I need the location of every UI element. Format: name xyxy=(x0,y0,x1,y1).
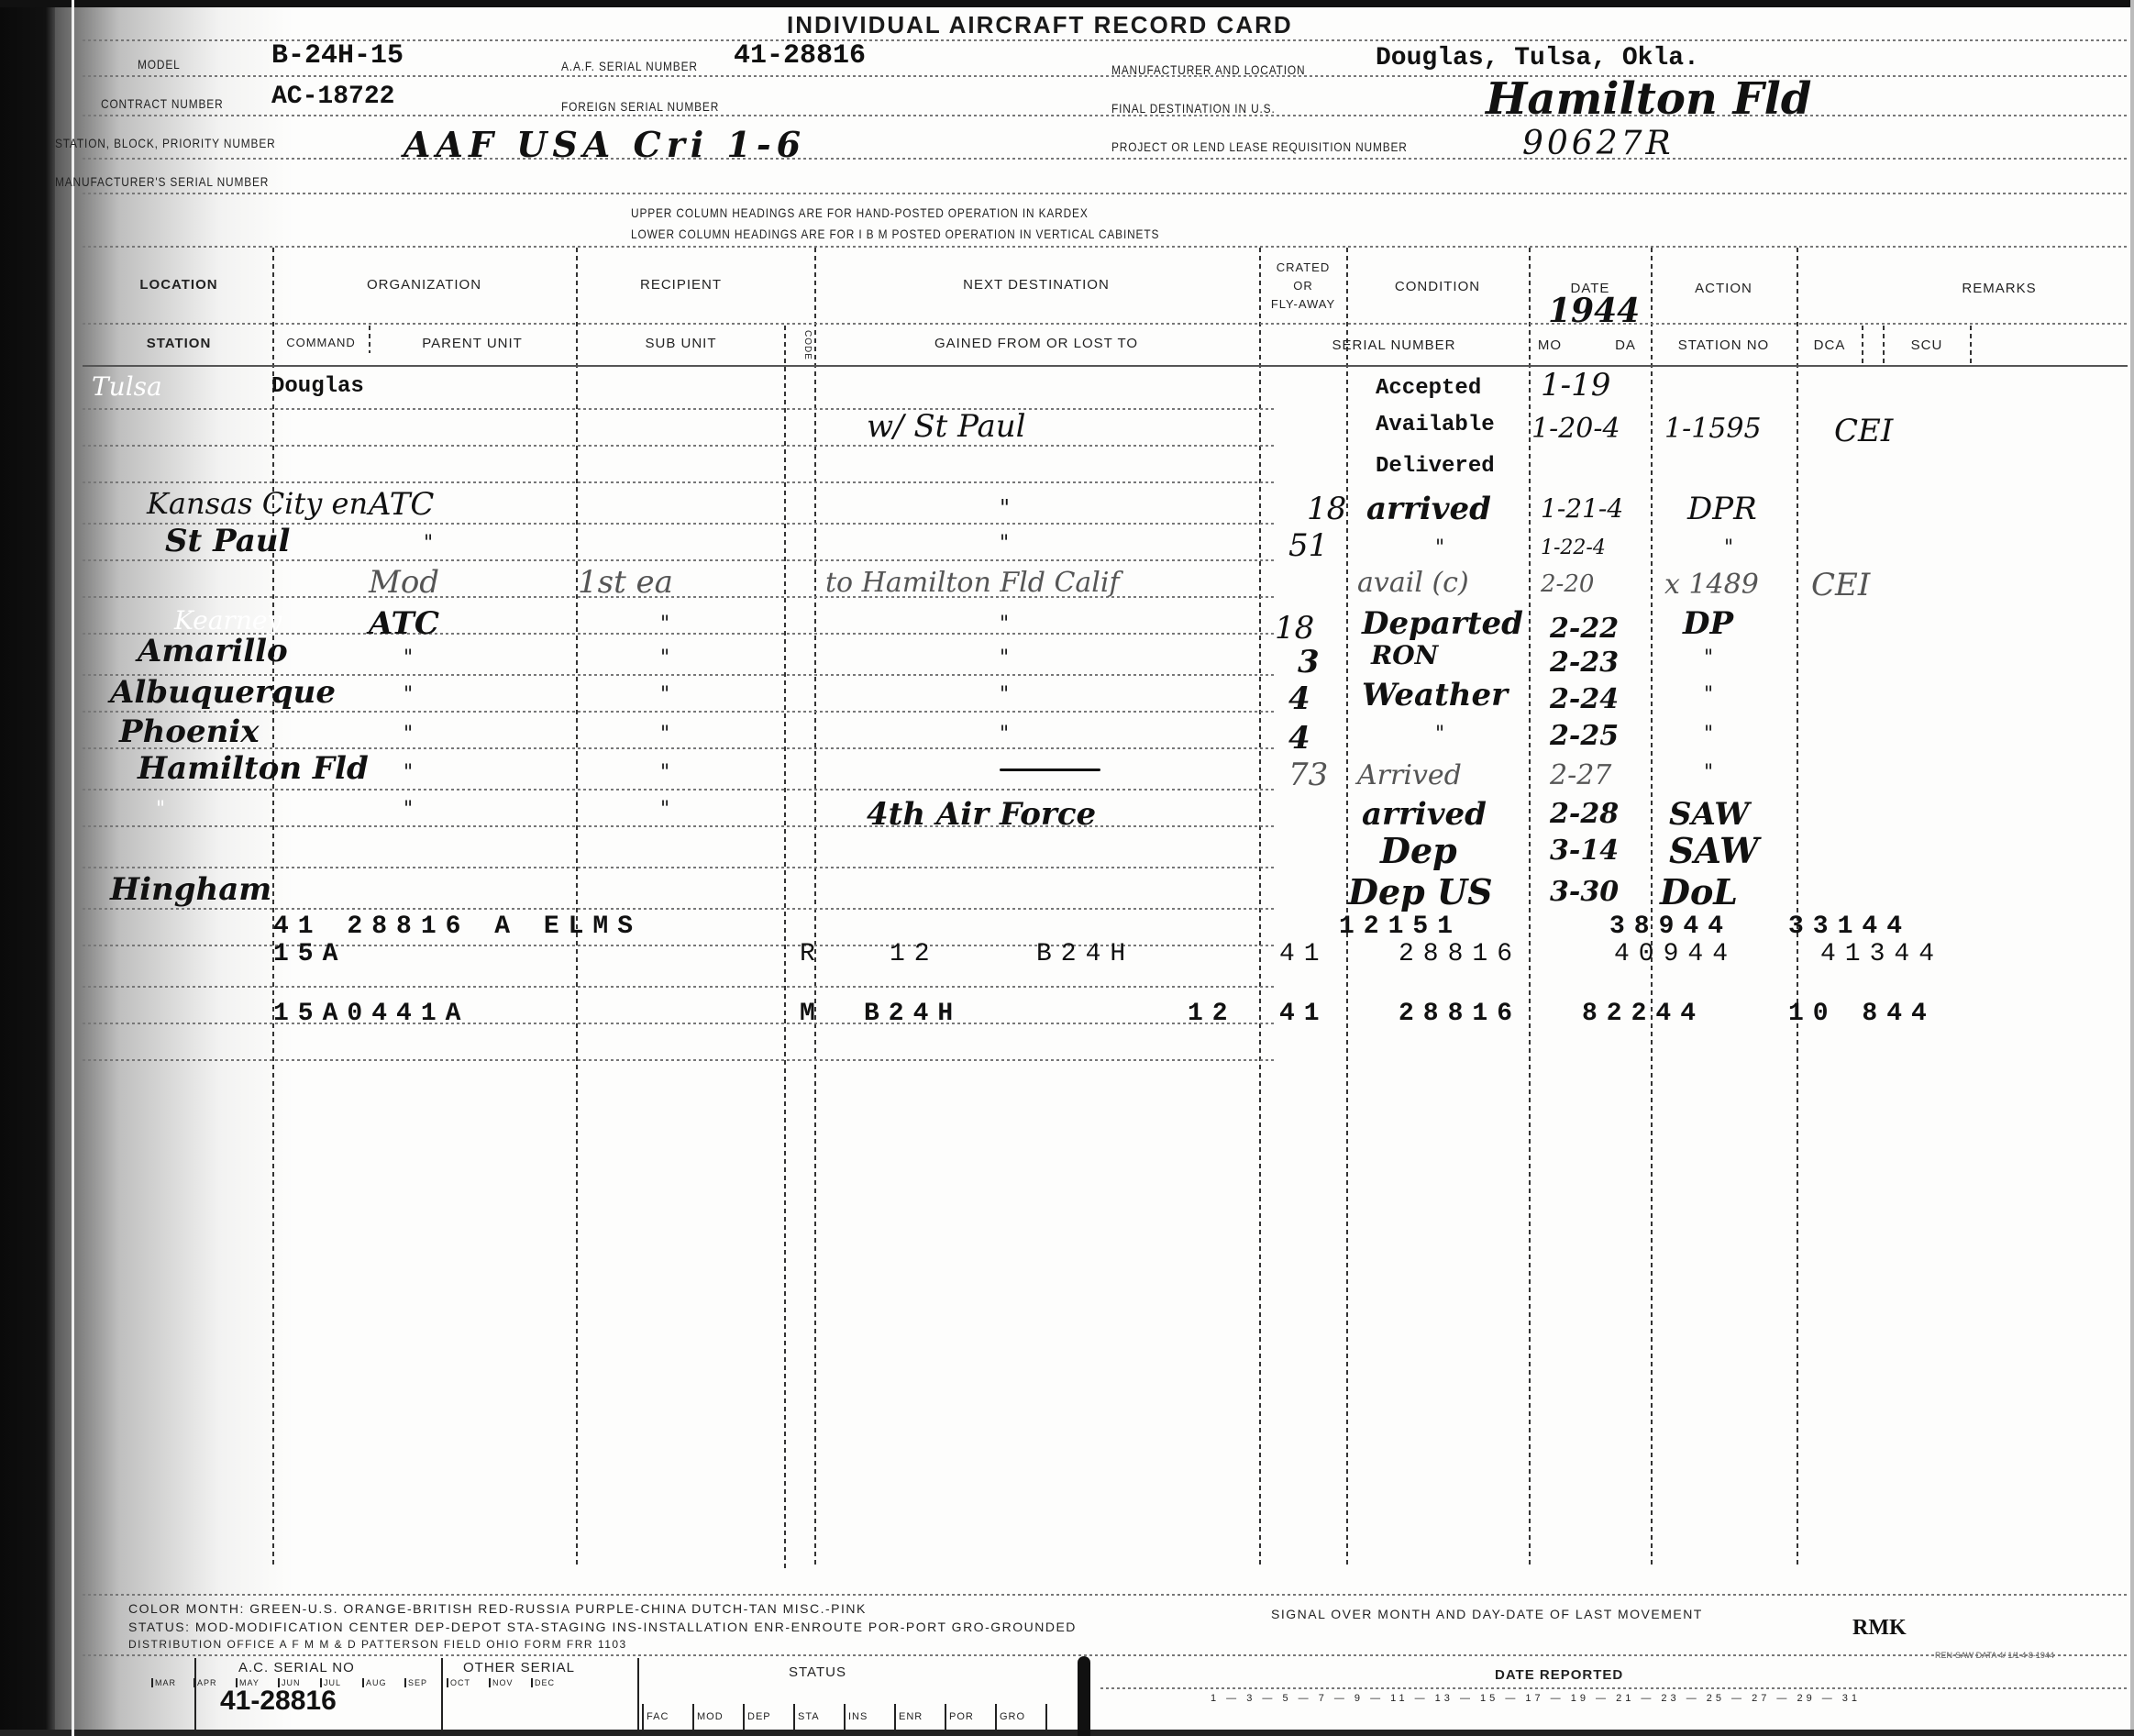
ibm-line-3-j: 10 844 xyxy=(1788,1000,1936,1028)
date-reported-rule xyxy=(1100,1687,2128,1689)
row-6-recipient: " xyxy=(660,613,669,636)
row-5-date: 2-20 xyxy=(1541,570,1594,598)
row-10-date: 2-27 xyxy=(1550,759,1611,791)
row-3-station: Kansas City en xyxy=(147,486,368,521)
month-tab[interactable]: OCT xyxy=(447,1678,489,1687)
row-4-date: 1-22-4 xyxy=(1541,536,1606,559)
month-tab[interactable]: MAY xyxy=(236,1678,278,1687)
card-title: INDIVIDUAL AIRCRAFT RECORD CARD xyxy=(787,11,1293,39)
row-13-condition: Dep US xyxy=(1348,871,1493,912)
row-8-organization: " xyxy=(404,683,413,706)
status-legend: STATUS: MOD-MODIFICATION CENTER DEP-DEPO… xyxy=(128,1620,1077,1634)
row-rule xyxy=(83,1059,1275,1061)
header-parent-unit: PARENT UNIT xyxy=(370,336,574,351)
row-rule xyxy=(83,408,1275,410)
row-12-condition: Dep xyxy=(1380,830,1457,871)
row-7-date: 2-23 xyxy=(1550,647,1619,679)
ibm-line-1-c: 38944 xyxy=(1609,912,1732,941)
row-3-date: 1-21-4 xyxy=(1541,493,1623,524)
header-crated-3: FLY-AWAY xyxy=(1261,297,1345,311)
row-3-action: DPR xyxy=(1687,491,1757,527)
ibm-line-1-a: 41 28816 A ELMS xyxy=(273,912,642,941)
status-code-tab[interactable]: STA xyxy=(793,1704,844,1730)
row-8-crated: 4 xyxy=(1288,680,1310,717)
row-5-next-dest: to Hamilton Fld Calif xyxy=(825,567,1120,599)
row-rule xyxy=(83,559,1275,561)
header-sub-unit: SUB UNIT xyxy=(578,336,784,351)
row-10-condition: Arrived xyxy=(1357,759,1462,791)
row-9-recipient: " xyxy=(660,723,669,746)
row-7-recipient: " xyxy=(660,647,669,669)
row-rule xyxy=(83,747,1275,749)
mfr-serial-label: MANUFACTURER'S SERIAL NUMBER xyxy=(55,174,269,189)
row-13-date: 3-30 xyxy=(1550,876,1619,908)
col-divider xyxy=(1651,248,1653,1568)
row-4-station: St Paul xyxy=(165,523,290,559)
row-8-station: Albuquerque xyxy=(110,674,336,711)
ibm-line-3-i: 82244 xyxy=(1582,1000,1705,1028)
row-11-action: SAW xyxy=(1669,796,1749,833)
ibm-line-2-g: 41 xyxy=(1279,940,1329,968)
header-da: DA xyxy=(1605,337,1646,353)
row-9-condition: " xyxy=(1435,723,1444,746)
header-rule-1 xyxy=(83,75,2128,77)
row-1-remarks: CEI xyxy=(1834,413,1893,449)
col-divider xyxy=(1862,326,1863,367)
row-6-crated: 18 xyxy=(1275,610,1314,647)
final-destination-value: Hamilton Fld xyxy=(1486,73,1811,125)
row-5-action: x 1489 xyxy=(1664,569,1759,601)
row-10-organization: " xyxy=(404,761,413,784)
ibm-line-1-d: 33144 xyxy=(1788,912,1911,941)
row-rule xyxy=(83,789,1275,791)
row-1-next-dest: w/ St Paul xyxy=(867,408,1026,445)
ibm-line-3-a: 15A0441A xyxy=(273,1000,470,1028)
row-13-station: Hingham xyxy=(110,871,271,908)
instructions-upper: UPPER COLUMN HEADINGS ARE FOR HAND-POSTE… xyxy=(631,205,1089,220)
block-priority-label: STATION, BLOCK, PRIORITY NUMBER xyxy=(55,136,276,150)
ibm-line-3-code: M xyxy=(800,1000,824,1028)
row-7-crated: 3 xyxy=(1298,644,1320,680)
row-3-organization: ATC xyxy=(369,486,434,523)
header-rule-3 xyxy=(83,158,2128,160)
header-organization: ORGANIZATION xyxy=(275,277,573,293)
header-crated-1: CRATED xyxy=(1261,260,1345,274)
ditto-stroke xyxy=(1000,768,1100,771)
row-11-organization: " xyxy=(404,798,413,821)
row-0-station: Tulsa xyxy=(92,371,162,402)
instructions-lower: LOWER COLUMN HEADINGS ARE FOR I B M POST… xyxy=(631,227,1159,241)
other-serial-label: OTHER SERIAL xyxy=(463,1660,575,1675)
row-4-crated: 51 xyxy=(1288,527,1328,564)
card-notch xyxy=(1078,1656,1090,1736)
foreign-serial-label: FOREIGN SERIAL NUMBER xyxy=(561,99,719,114)
scan-right-edge xyxy=(2130,0,2134,1736)
row-7-organization: " xyxy=(404,647,413,669)
row-0-condition: Accepted xyxy=(1376,376,1481,401)
header-station-no: STATION NO xyxy=(1653,337,1795,353)
row-rule xyxy=(83,867,1275,868)
ibm-line-2-j: 41344 xyxy=(1820,940,1943,968)
row-1-condition: Available xyxy=(1376,413,1495,437)
footer-divider xyxy=(194,1658,196,1730)
header-location: LOCATION xyxy=(96,277,261,293)
row-9-next-dest: " xyxy=(1000,723,1009,746)
header-gained-lost: GAINED FROM OR LOST TO xyxy=(816,336,1256,351)
row-0-date: 1-19 xyxy=(1541,367,1610,404)
row-5-condition: avail (c) xyxy=(1357,567,1469,599)
row-6-action: DP xyxy=(1683,605,1733,642)
row-rule xyxy=(83,908,1275,910)
status-code-tab[interactable]: FAC xyxy=(642,1704,692,1730)
header-condition: CONDITION xyxy=(1348,279,1527,294)
row-10-recipient: " xyxy=(660,761,669,784)
month-tab[interactable]: DEC xyxy=(531,1678,573,1687)
footer-top-rule xyxy=(83,1594,2128,1596)
row-4-action: " xyxy=(1724,536,1733,559)
footer-divider xyxy=(637,1658,639,1730)
row-7-station: Amarillo xyxy=(138,633,288,669)
row-0-organization: Douglas xyxy=(271,374,364,399)
month-tab[interactable]: NOV xyxy=(489,1678,531,1687)
row-8-next-dest: " xyxy=(1000,683,1009,706)
row-12-action: SAW xyxy=(1669,830,1759,871)
row-8-action: " xyxy=(1704,683,1713,706)
card-margin-line xyxy=(72,0,74,1736)
status-label: STATUS xyxy=(789,1664,846,1680)
project-number-label: PROJECT OR LEND LEASE REQUISITION NUMBER xyxy=(1111,139,1408,154)
row-3-crated: 18 xyxy=(1307,491,1346,527)
signal-note: SIGNAL OVER MONTH AND DAY-DATE OF LAST M… xyxy=(1271,1607,1703,1621)
row-11-recipient: " xyxy=(660,798,669,821)
month-tabs: MAR APR MAY JUN JUL AUG SEP OCT NOV DEC xyxy=(151,1678,573,1687)
header-remarks: REMARKS xyxy=(1880,281,2118,296)
status-code-tab[interactable]: DEP xyxy=(743,1704,793,1730)
row-6-next-dest: " xyxy=(1000,613,1009,636)
row-9-station: Phoenix xyxy=(119,713,260,750)
header-rule-4 xyxy=(83,193,2128,194)
ibm-line-3-h: 28816 xyxy=(1399,1000,1521,1028)
date-reported-label: DATE REPORTED xyxy=(1495,1667,1623,1683)
row-13-action: DoL xyxy=(1660,871,1738,912)
header-serial-number: SERIAL NUMBER xyxy=(1261,337,1527,353)
row-6-organization: ATC xyxy=(369,605,439,642)
header-bottom-rule xyxy=(83,365,2128,367)
row-1-date: 1-20-4 xyxy=(1531,413,1620,445)
aaf-serial-label: A.A.F. SERIAL NUMBER xyxy=(561,59,698,73)
status-code-tab[interactable]: INS xyxy=(844,1704,894,1730)
header-scu: SCU xyxy=(1885,337,1969,353)
row-4-organization: " xyxy=(424,532,433,555)
ibm-line-2-f: B24H xyxy=(1036,940,1134,968)
row-rule xyxy=(83,986,1275,988)
instructions-rule xyxy=(83,246,2128,248)
header-station: STATION xyxy=(96,336,261,351)
month-tab[interactable]: JUL xyxy=(320,1678,362,1687)
status-code-tab[interactable]: MOD xyxy=(692,1704,743,1730)
contract-value: AC-18722 xyxy=(271,83,394,111)
day-scale: 1 — 3 — 5 — 7 — 9 — 11 — 13 — 15 — 17 — … xyxy=(1211,1693,1861,1704)
row-10-action: " xyxy=(1704,761,1713,784)
header-code: CODE xyxy=(787,330,813,360)
status-code-tab[interactable]: ENR xyxy=(894,1704,945,1730)
ibm-line-3-f: B24H xyxy=(864,1000,962,1028)
col-divider xyxy=(1797,248,1798,1568)
header-next-destination: NEXT DESTINATION xyxy=(816,277,1256,293)
header-dca: DCA xyxy=(1799,337,1860,353)
ibm-line-2-i: 40944 xyxy=(1614,940,1737,968)
row-2-condition: Delivered xyxy=(1376,454,1495,479)
row-8-date: 2-24 xyxy=(1550,683,1619,715)
row-3-condition: arrived xyxy=(1366,491,1491,527)
row-8-recipient: " xyxy=(660,683,669,706)
rmk-stamp: RMK xyxy=(1852,1616,1907,1641)
ibm-line-2-h: 28816 xyxy=(1399,940,1521,968)
manufacturer-value: Douglas, Tulsa, Okla. xyxy=(1376,44,1699,72)
header-rule-2 xyxy=(83,115,2128,116)
row-10-station: Hamilton Fld xyxy=(138,750,369,787)
row-4-next-dest: " xyxy=(1000,532,1009,555)
col-divider xyxy=(1529,248,1531,1568)
ibm-line-3-e: 12 xyxy=(1188,1000,1237,1028)
scan-top-edge xyxy=(0,0,2134,7)
row-7-action: " xyxy=(1704,647,1713,669)
row-3-next-dest: " xyxy=(1000,495,1010,521)
row-12-date: 3-14 xyxy=(1550,835,1619,867)
row-9-action: " xyxy=(1704,723,1713,746)
row-rule xyxy=(83,445,1275,447)
row-9-crated: 4 xyxy=(1288,720,1310,757)
row-11-next-dest: 4th Air Force xyxy=(867,796,1096,833)
model-label: MODEL xyxy=(138,57,181,72)
ac-serial-value: 41-28816 xyxy=(220,1686,337,1717)
row-5-organization: Mod xyxy=(369,564,439,601)
row-11-condition: arrived xyxy=(1362,796,1487,833)
row-7-next-dest: " xyxy=(1000,647,1009,669)
month-tab[interactable]: APR xyxy=(193,1678,236,1687)
ibm-line-2-e: 12 xyxy=(890,940,939,968)
row-rule xyxy=(83,711,1275,713)
project-number-value: 90627R xyxy=(1522,125,1675,162)
status-code-tabs: FAC MOD DEP STA INS ENR POR GRO xyxy=(642,1704,1047,1730)
row-5-recipient: 1st ea xyxy=(578,564,673,601)
row-rule xyxy=(83,481,1275,483)
header-mid-rule xyxy=(83,323,2128,325)
contract-label: CONTRACT NUMBER xyxy=(101,96,224,111)
manufacturer-label: MANUFACTURER AND LOCATION xyxy=(1111,62,1305,77)
model-value: B-24H-15 xyxy=(271,40,404,72)
row-6-condition: Departed xyxy=(1362,605,1523,642)
aaf-serial-value: 41-28816 xyxy=(734,40,866,72)
row-5-remarks: CEI xyxy=(1811,567,1870,603)
ibm-line-3-g: 41 xyxy=(1279,1000,1329,1028)
ibm-line-1-b: 12151 xyxy=(1339,912,1462,941)
month-tab[interactable]: AUG xyxy=(362,1678,404,1687)
status-code-tab[interactable]: POR xyxy=(945,1704,995,1730)
header-recipient: RECIPIENT xyxy=(578,277,784,293)
row-rule xyxy=(83,1023,1275,1024)
distribution-office: DISTRIBUTION OFFICE A F M M & D PATTERSO… xyxy=(128,1638,627,1651)
month-tab[interactable]: JUN xyxy=(278,1678,320,1687)
ibm-line-2-a: 15A xyxy=(273,940,347,968)
row-6-station: Kearney xyxy=(174,605,282,636)
row-1-action: 1-1595 xyxy=(1664,413,1762,445)
status-code-tab[interactable]: GRO xyxy=(995,1704,1047,1730)
header-crated-2: OR xyxy=(1261,279,1345,293)
col-divider xyxy=(784,326,786,1568)
final-destination-label: FINAL DESTINATION IN U.S. xyxy=(1111,101,1276,116)
row-8-condition: Weather xyxy=(1362,677,1508,713)
col-divider xyxy=(1970,326,1972,367)
scan-bottom-edge xyxy=(0,1730,2134,1736)
scan-dark-edge xyxy=(0,0,55,1736)
row-6-date: 2-22 xyxy=(1550,613,1619,645)
row-11-date: 2-28 xyxy=(1550,798,1619,830)
month-tab[interactable]: MAR xyxy=(151,1678,193,1687)
row-10-crated: 73 xyxy=(1288,757,1328,793)
row-9-organization: " xyxy=(404,723,413,746)
row-9-date: 2-25 xyxy=(1550,720,1619,752)
header-action: ACTION xyxy=(1653,281,1795,296)
aircraft-record-card: INDIVIDUAL AIRCRAFT RECORD CARD MODEL B-… xyxy=(0,0,2134,1736)
color-legend: COLOR MONTH: GREEN-U.S. ORANGE-BRITISH R… xyxy=(128,1601,867,1616)
header-command: COMMAND xyxy=(273,336,369,349)
row-7-condition: RON xyxy=(1371,640,1438,670)
ac-serial-label: A.C. SERIAL NO xyxy=(238,1660,355,1675)
row-11-station: " xyxy=(156,798,165,821)
footer-mid-rule xyxy=(83,1654,2128,1656)
header-mo: MO xyxy=(1531,337,1568,353)
row-4-condition: " xyxy=(1435,536,1444,559)
footer-divider xyxy=(441,1658,443,1730)
ibm-line-2-code: R xyxy=(800,940,824,968)
